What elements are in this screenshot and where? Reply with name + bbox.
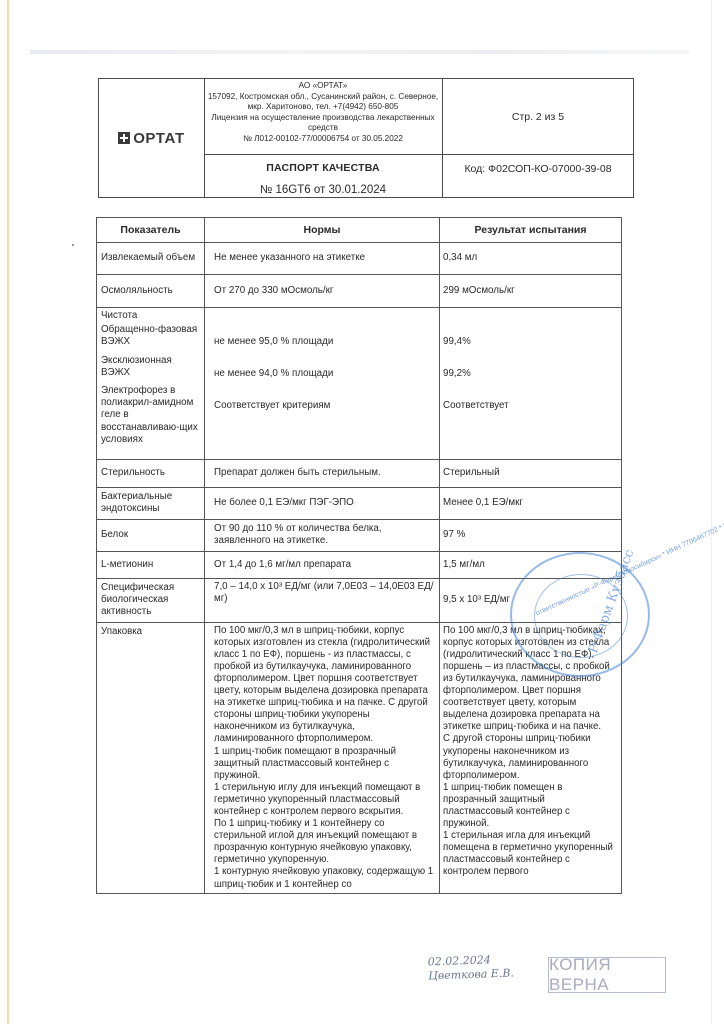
purity-item-label: Обращенно-фазовая ВЭЖХ (101, 324, 200, 348)
logo-cell: ОРТАТ (99, 79, 205, 197)
packaging-result-paragraph: 1 шприц-тюбик помещен в прозрачный защит… (443, 782, 617, 830)
table-row-purity: Чистота Обращенно-фазовая ВЭЖХ Эксклюзио… (97, 308, 622, 460)
company-address-2: мкр. Харитоново, тел. +7(4942) 650-805 (204, 102, 442, 113)
table-row: Белок От 90 до 110 % от количества белка… (97, 519, 622, 551)
copy-certified-stamp: КОПИЯ ВЕРНА (548, 957, 666, 993)
result-cell: Стерильный (440, 459, 622, 487)
page-number: Стр. 2 из 5 (443, 79, 633, 155)
purity-norm: Соответствует критериям (214, 400, 435, 456)
norm-cell: Не менее указанного на этикетке (205, 243, 440, 275)
norm-cell: От 270 до 330 мОсмоль/кг (205, 275, 440, 308)
norm-cell: не менее 95,0 % площади не менее 94,0 % … (205, 308, 440, 460)
param-cell: Бактериальные эндотоксины (97, 487, 205, 519)
packaging-norm-paragraph: По 100 мкг/0,3 мл в шприц-тюбики, корпус… (214, 625, 435, 746)
license-line-1: Лицензия на осуществление производства л… (204, 113, 442, 124)
company-info: АО «ОРТАТ» 157092, Костромская обл., Сус… (204, 79, 443, 155)
param-cell: Стерильность (97, 459, 205, 487)
table-row: Специфическая биологическая активность 7… (97, 578, 622, 622)
column-header-result: Результат испытания (440, 218, 622, 243)
handwritten-signature: 02.02.2024 Цветкова Е.В. (428, 953, 515, 984)
norm-cell: От 1,4 до 1,6 мг/мл препарата (205, 551, 440, 578)
purity-result: 99,2% (443, 368, 617, 380)
cross-logo-icon (118, 132, 130, 144)
result-cell: 0,34 мл (440, 243, 622, 275)
purity-result: 99,4% (443, 336, 617, 348)
purity-heading: Чистота (101, 310, 200, 322)
param-cell: Специфическая биологическая активность (97, 578, 205, 622)
param-cell: Упаковка (97, 622, 205, 893)
table-header-row: Показатель Нормы Результат испытания (97, 218, 622, 243)
document-code: Код: Ф02СОП-КО-07000-39-08 (443, 155, 633, 197)
company-address-1: 157092, Костромская обл., Сусанинский ра… (204, 92, 442, 103)
result-cell: Менее 0,1 ЕЭ/мкг (440, 487, 622, 519)
column-header-parameter: Показатель (97, 218, 205, 243)
logo-text: ОРТАТ (133, 130, 184, 147)
license-number: № Л012-00102-77/00006754 от 30.05.2022 (204, 134, 442, 145)
norm-cell: 7,0 – 14,0 x 10³ ЕД/мг (или 7,0Е03 – 14,… (205, 578, 440, 622)
packaging-norm-paragraph: По 1 шприц-тюбику и 1 контейнеру со стер… (214, 818, 435, 866)
title-cell: ПАСПОРТ КАЧЕСТВА № 16GT6 от 30.01.2024 (204, 155, 443, 197)
table-row-packaging: Упаковка По 100 мкг/0,3 мл в шприц-тюбик… (97, 622, 622, 893)
table-row: Извлекаемый объем Не менее указанного на… (97, 243, 622, 275)
packaging-result-paragraph: По 100 мкг/0,3 мл в шприц-тюбиках, корпу… (443, 625, 617, 734)
packaging-result-paragraph: 1 стерильная игла для инъекций помещена … (443, 830, 617, 878)
column-header-norms: Нормы (205, 218, 440, 243)
result-cell: 9,5 x 10³ ЕД/мг (440, 578, 622, 622)
bleed-through-text (30, 50, 690, 54)
norm-cell: Не более 0,1 ЕЭ/мкг ПЭГ-ЭПО (205, 487, 440, 519)
norm-cell: Препарат должен быть стерильным. (205, 459, 440, 487)
purity-item-label: Эксклюзионная ВЭЖХ (101, 355, 200, 379)
purity-norm: не менее 95,0 % площади (214, 336, 435, 348)
packaging-norm-paragraph: 1 контурную ячейковую упаковку, содержащ… (214, 866, 435, 890)
purity-norm: не менее 94,0 % площади (214, 368, 435, 380)
purity-result: Соответствует (443, 400, 617, 412)
table-row: Осмоляльность От 270 до 330 мОсмоль/кг 2… (97, 275, 622, 308)
purity-item-label: Электрофорез в полиакрил-амидном геле в … (101, 385, 200, 446)
license-line-2: средств (204, 123, 442, 134)
result-cell: 99,4% 99,2% Соответствует (440, 308, 622, 460)
scan-edge-left (7, 0, 9, 1024)
packaging-norm-cell: По 100 мкг/0,3 мл в шприц-тюбики, корпус… (205, 622, 440, 893)
param-cell: Белок (97, 519, 205, 551)
table-row: Бактериальные эндотоксины Не более 0,1 Е… (97, 487, 622, 519)
scan-speck (72, 244, 74, 246)
param-cell: Чистота Обращенно-фазовая ВЭЖХ Эксклюзио… (97, 308, 205, 460)
table-row: L-метионин От 1,4 до 1,6 мг/мл препарата… (97, 551, 622, 578)
result-cell: 97 % (440, 519, 622, 551)
param-cell: L-метионин (97, 551, 205, 578)
company-name: АО «ОРТАТ» (204, 81, 442, 92)
table-row: Стерильность Препарат должен быть стерил… (97, 459, 622, 487)
quality-spec-table: Показатель Нормы Результат испытания Изв… (96, 217, 622, 894)
company-logo: ОРТАТ (118, 130, 184, 147)
packaging-result-paragraph: С другой стороны шприц-тюбики укупорены … (443, 733, 617, 781)
result-cell: 299 мОсмоль/кг (440, 275, 622, 308)
scan-edge-right (711, 0, 712, 1024)
document-number: № 16GT6 от 30.01.2024 (204, 184, 442, 196)
result-cell: 1,5 мг/мл (440, 551, 622, 578)
param-cell: Осмоляльность (97, 275, 205, 308)
packaging-result-cell: По 100 мкг/0,3 мл в шприц-тюбиках, корпу… (440, 622, 622, 893)
norm-cell: От 90 до 110 % от количества белка, заяв… (205, 519, 440, 551)
document-title: ПАСПОРТ КАЧЕСТВА (204, 162, 442, 174)
param-cell: Извлекаемый объем (97, 243, 205, 275)
packaging-norm-paragraph: 1 шприц-тюбик помещают в прозрачный защи… (214, 746, 435, 782)
handwritten-name: Цветкова Е.В. (428, 967, 514, 984)
packaging-norm-paragraph: 1 стерильную иглу для инъекций помещают … (214, 782, 435, 818)
document-header: ОРТАТ АО «ОРТАТ» 157092, Костромская обл… (98, 78, 634, 198)
